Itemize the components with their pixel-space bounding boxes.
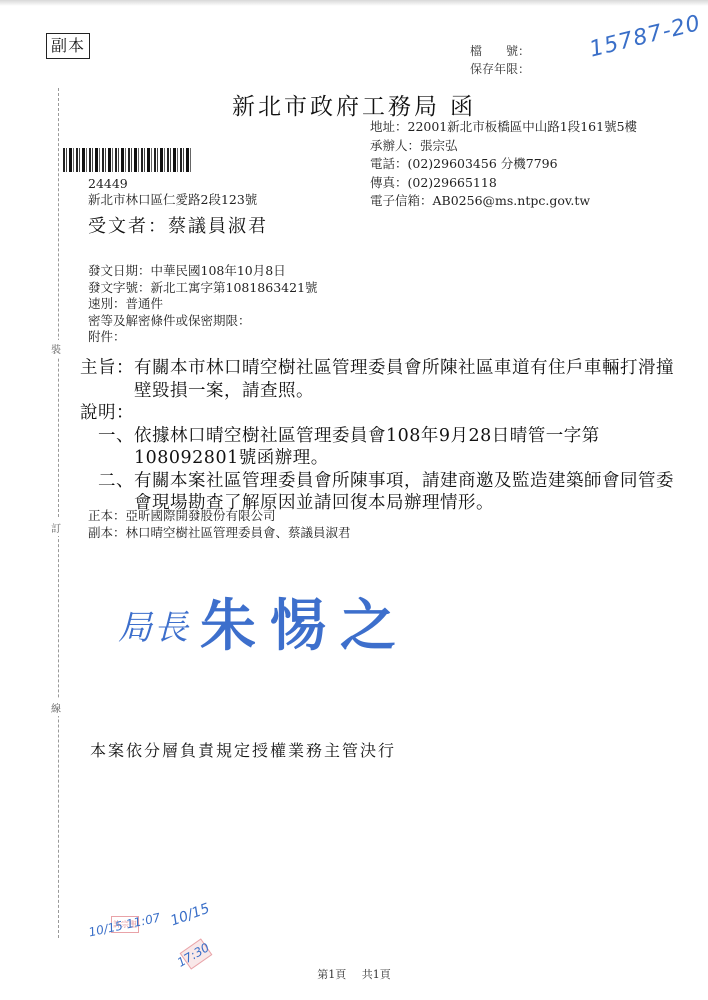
attachments: 附件： [88, 329, 318, 346]
document-meta: 發文日期：中華民國108年10月8日 發文字號：新北工寓字第1081863421… [88, 263, 318, 346]
file-meta: 檔 號： 保存年限： [470, 42, 530, 78]
classification: 密等及解密條件或保密期限： [88, 313, 318, 330]
document-title: 新北市政府工務局函 [0, 88, 708, 121]
file-number-label: 檔 號： [470, 42, 530, 60]
explanation-label: 說明： [80, 402, 134, 425]
postal-code: 24449 [88, 176, 257, 192]
scan-edge [0, 0, 708, 6]
document-body: 主旨： 有關本市林口晴空樹社區管理委員會所陳社區車道有住戶車輛打滑撞壁毀損一案，… [80, 357, 680, 515]
agency-name: 新北市政府工務局 [232, 94, 440, 120]
recipient-address-block: 24449 新北市林口區仁愛路2段123號 [88, 176, 257, 208]
handwritten-review-date: 10/15 [169, 902, 212, 929]
item-number: 一、 [98, 425, 134, 470]
sender-phone: 電話：(02)29603456 分機7796 [370, 155, 637, 174]
explanation-heading: 說明： [80, 402, 680, 425]
explanation-item-1: 一、 依據林口晴空樹社區管理委員會108年9月28日晴管一字第108092801… [80, 425, 680, 470]
page-total: 共1頁 [362, 968, 391, 981]
binding-mark-ding: 訂 [51, 519, 61, 536]
retention-label: 保存年限： [470, 60, 530, 78]
delivery-speed: 速別：普通件 [88, 296, 318, 313]
handwritten-receipt-date: 10/15 11:07 [87, 911, 161, 940]
document-type: 函 [450, 94, 476, 120]
page-footer: 第1頁 共1頁 [0, 966, 708, 982]
sender-info: 地址：22001新北市板橋區中山路1段161號5樓 承辦人：張宗弘 電話：(02… [370, 118, 637, 211]
distribution-list: 正本：亞昕國際開發股份有限公司 副本：林口晴空樹社區管理委員會、蔡議員淑君 [88, 507, 351, 541]
signature-title: 局長 [118, 608, 190, 648]
page-number: 第1頁 [317, 968, 346, 981]
sender-fax: 傳真：(02)29665118 [370, 174, 637, 193]
signature-name: 朱惕之 [200, 593, 410, 659]
subject-label: 主旨： [80, 357, 134, 402]
signature-stamp: 局長朱惕之 [118, 582, 410, 662]
copy-tag: 副本 [46, 33, 90, 59]
binding-mark-xian: 線 [51, 699, 61, 716]
delegation-note: 本案依分層負責規定授權業務主管決行 [90, 738, 396, 761]
issue-date: 發文日期：中華民國108年10月8日 [88, 263, 318, 280]
recipient-address: 新北市林口區仁愛路2段123號 [88, 192, 257, 208]
sender-contact: 承辦人：張宗弘 [370, 137, 637, 156]
document-number: 發文字號：新北工寓字第1081863421號 [88, 280, 318, 297]
recipient-line: 受文者：蔡議員淑君 [88, 212, 268, 238]
binding-mark-zhuang: 裝 [51, 340, 61, 357]
item-text: 依據林口晴空樹社區管理委員會108年9月28日晴管一字第108092801號函辦… [134, 425, 680, 470]
copy-recipients: 副本：林口晴空樹社區管理委員會、蔡議員淑君 [88, 524, 351, 541]
sender-email: 電子信箱：AB0256@ms.ntpc.gov.tw [370, 192, 637, 211]
subject-text: 有關本市林口晴空樹社區管理委員會所陳社區車道有住戶車輛打滑撞壁毀損一案，請查照。 [134, 357, 680, 402]
subject: 主旨： 有關本市林口晴空樹社區管理委員會所陳社區車道有住戶車輛打滑撞壁毀損一案，… [80, 357, 680, 402]
binding-margin-line [58, 88, 60, 938]
barcode [63, 148, 193, 172]
handwritten-file-number: 15787-20 [587, 11, 704, 63]
sender-address: 地址：22001新北市板橋區中山路1段161號5樓 [370, 118, 637, 137]
original-recipient: 正本：亞昕國際開發股份有限公司 [88, 507, 351, 524]
